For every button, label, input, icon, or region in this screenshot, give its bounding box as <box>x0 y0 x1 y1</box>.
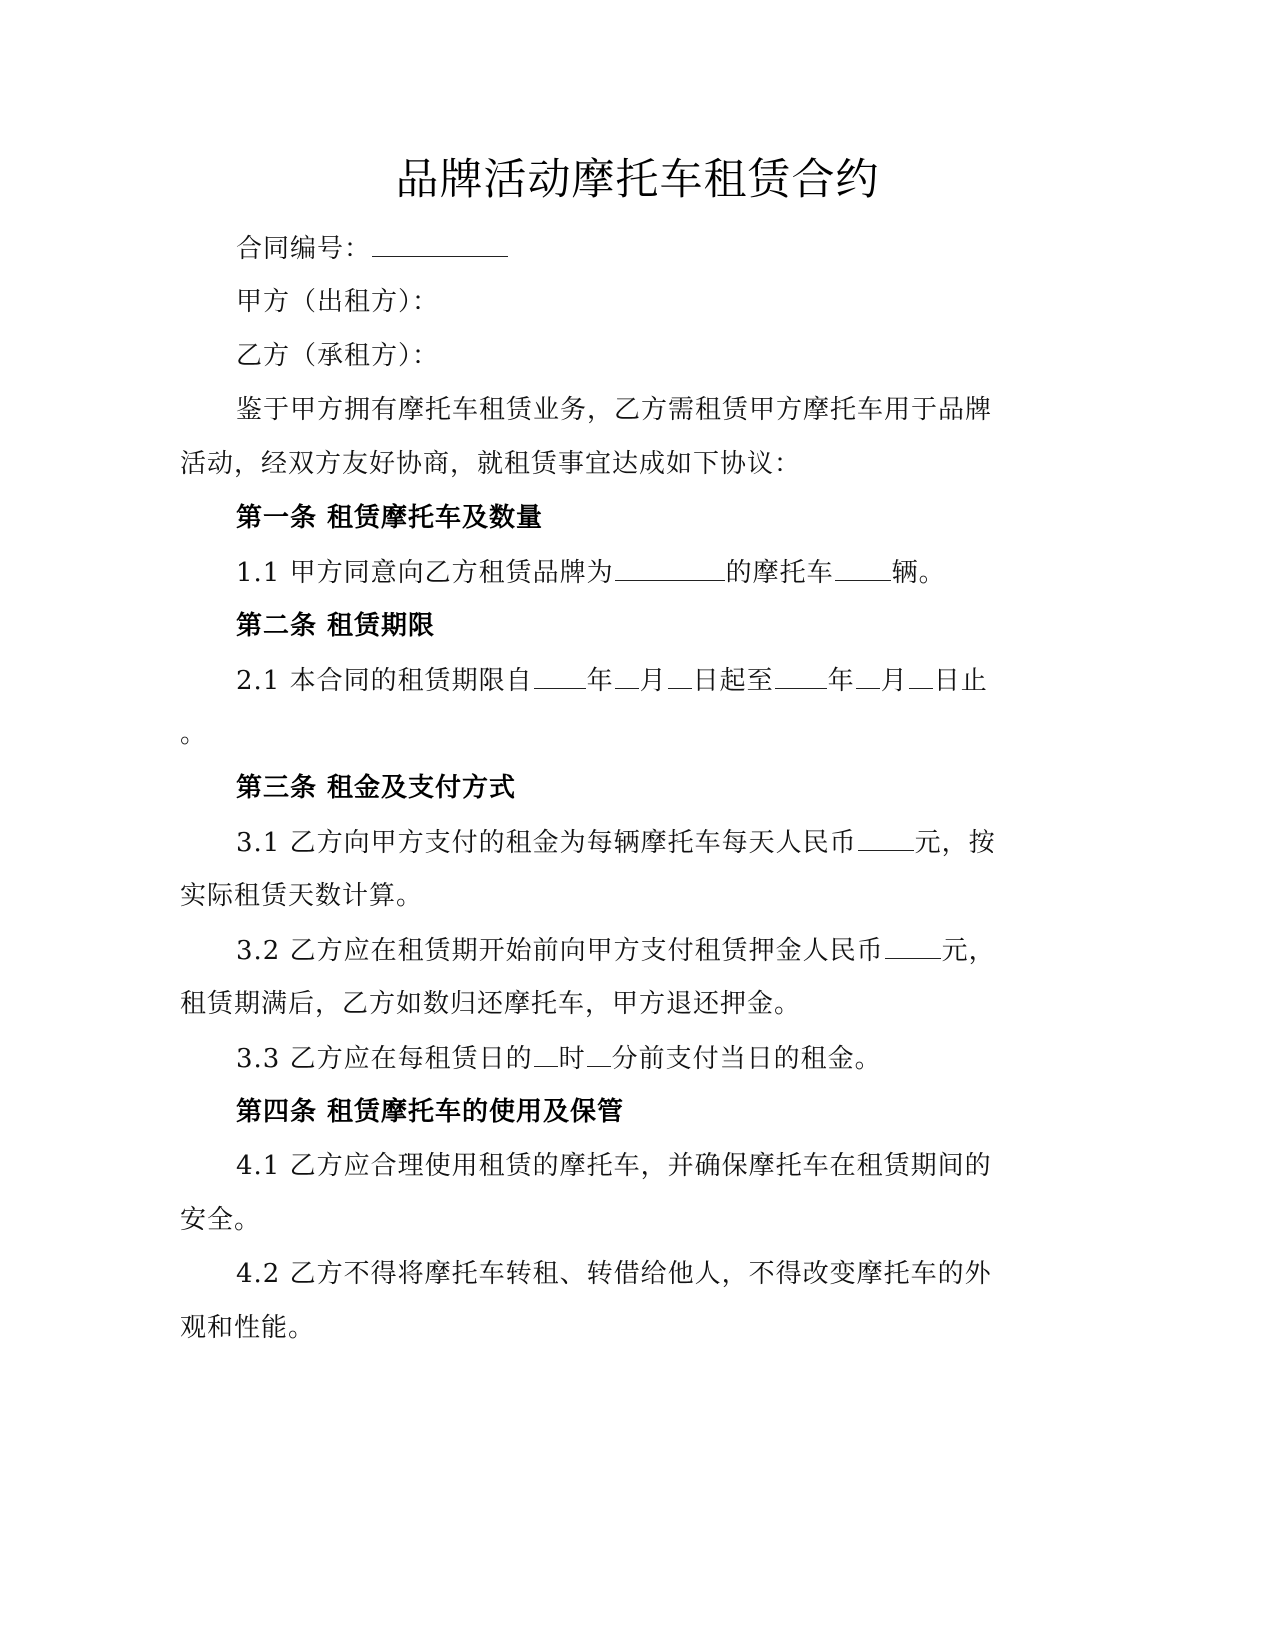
document-title: 品牌活动摩托车租赁合约 <box>0 150 1275 210</box>
end-month-blank[interactable] <box>856 662 880 689</box>
clause-3-1-line-2: 实际租赁天数计算。 <box>180 878 1060 914</box>
start-day-blank[interactable] <box>668 662 692 689</box>
clause-3-3-text-c: 分前支付当日的租金。 <box>612 1044 882 1074</box>
clause-1-1-text-b: 的摩托车 <box>726 558 834 588</box>
month-label: 月 <box>881 666 908 696</box>
clause-1-1-text-a: 1.1 甲方同意向乙方租赁品牌为 <box>236 558 614 588</box>
contract-number-row: 合同编号： <box>236 230 1116 267</box>
clause-1-1: 1.1 甲方同意向乙方租赁品牌为的摩托车辆。 <box>236 554 1116 591</box>
clause-3-1: 3.1 乙方向甲方支付的租金为每辆摩托车每天人民币元，按 <box>236 824 1116 861</box>
article-1-heading: 第一条 租赁摩托车及数量 <box>236 500 1116 536</box>
year-label: 年 <box>587 666 614 696</box>
hour-blank[interactable] <box>534 1040 558 1067</box>
article-4-heading: 第四条 租赁摩托车的使用及保管 <box>236 1094 1116 1130</box>
clause-3-2: 3.2 乙方应在租赁期开始前向甲方支付租赁押金人民币元， <box>236 932 1116 969</box>
day-from-label: 日起至 <box>693 666 774 696</box>
clause-3-3-text-a: 3.3 乙方应在每租赁日的 <box>236 1044 533 1074</box>
clause-3-2-line-2: 租赁期满后，乙方如数归还摩托车，甲方退还押金。 <box>180 986 1060 1022</box>
article-3-heading: 第三条 租金及支付方式 <box>236 770 1116 806</box>
start-year-blank[interactable] <box>534 662 586 689</box>
end-day-blank[interactable] <box>909 662 933 689</box>
article-2-heading: 第二条 租赁期限 <box>236 608 1116 644</box>
clause-2-1-tail: 。 <box>180 716 1060 752</box>
clause-4-2-line-1: 4.2 乙方不得将摩托车转租、转借给他人，不得改变摩托车的外 <box>236 1256 1116 1292</box>
clause-2-1: 2.1 本合同的租赁期限自年月日起至年月日止 <box>236 662 1116 699</box>
preamble-line-1: 鉴于甲方拥有摩托车租赁业务，乙方需租赁甲方摩托车用于品牌 <box>236 392 1116 428</box>
clause-4-1-line-2: 安全。 <box>180 1202 1060 1238</box>
contract-number-label: 合同编号： <box>236 234 371 264</box>
preamble-line-2: 活动，经双方友好协商，就租赁事宜达成如下协议： <box>180 446 1060 482</box>
clause-3-1-text-b: 元，按 <box>915 828 996 858</box>
clause-3-2-text-b: 元， <box>942 936 996 966</box>
party-a-label: 甲方（出租方）： <box>236 284 1116 320</box>
clause-3-2-text-a: 3.2 乙方应在租赁期开始前向甲方支付租赁押金人民币 <box>236 936 884 966</box>
clause-2-1-text: 2.1 本合同的租赁期限自 <box>236 666 533 696</box>
contract-number-blank[interactable] <box>372 230 508 257</box>
year-label: 年 <box>828 666 855 696</box>
clause-3-1-text-a: 3.1 乙方向甲方支付的租金为每辆摩托车每天人民币 <box>236 828 857 858</box>
quantity-blank[interactable] <box>835 554 891 581</box>
clause-4-1-line-1: 4.1 乙方应合理使用租赁的摩托车，并确保摩托车在租赁期间的 <box>236 1148 1116 1184</box>
party-b-label: 乙方（承租方）： <box>236 338 1116 374</box>
start-month-blank[interactable] <box>615 662 639 689</box>
daily-rent-blank[interactable] <box>858 824 914 851</box>
clause-4-2-line-2: 观和性能。 <box>180 1310 1060 1346</box>
day-to-label: 日止 <box>934 666 988 696</box>
deposit-blank[interactable] <box>885 932 941 959</box>
end-year-blank[interactable] <box>775 662 827 689</box>
month-label: 月 <box>640 666 667 696</box>
brand-blank[interactable] <box>615 554 725 581</box>
minute-blank[interactable] <box>587 1040 611 1067</box>
clause-1-1-text-c: 辆。 <box>892 558 946 588</box>
hour-label: 时 <box>559 1044 586 1074</box>
clause-3-3: 3.3 乙方应在每租赁日的时分前支付当日的租金。 <box>236 1040 1116 1077</box>
contract-page: 品牌活动摩托车租赁合约 合同编号： 甲方（出租方）： 乙方（承租方）： 鉴于甲方… <box>0 0 1275 1650</box>
